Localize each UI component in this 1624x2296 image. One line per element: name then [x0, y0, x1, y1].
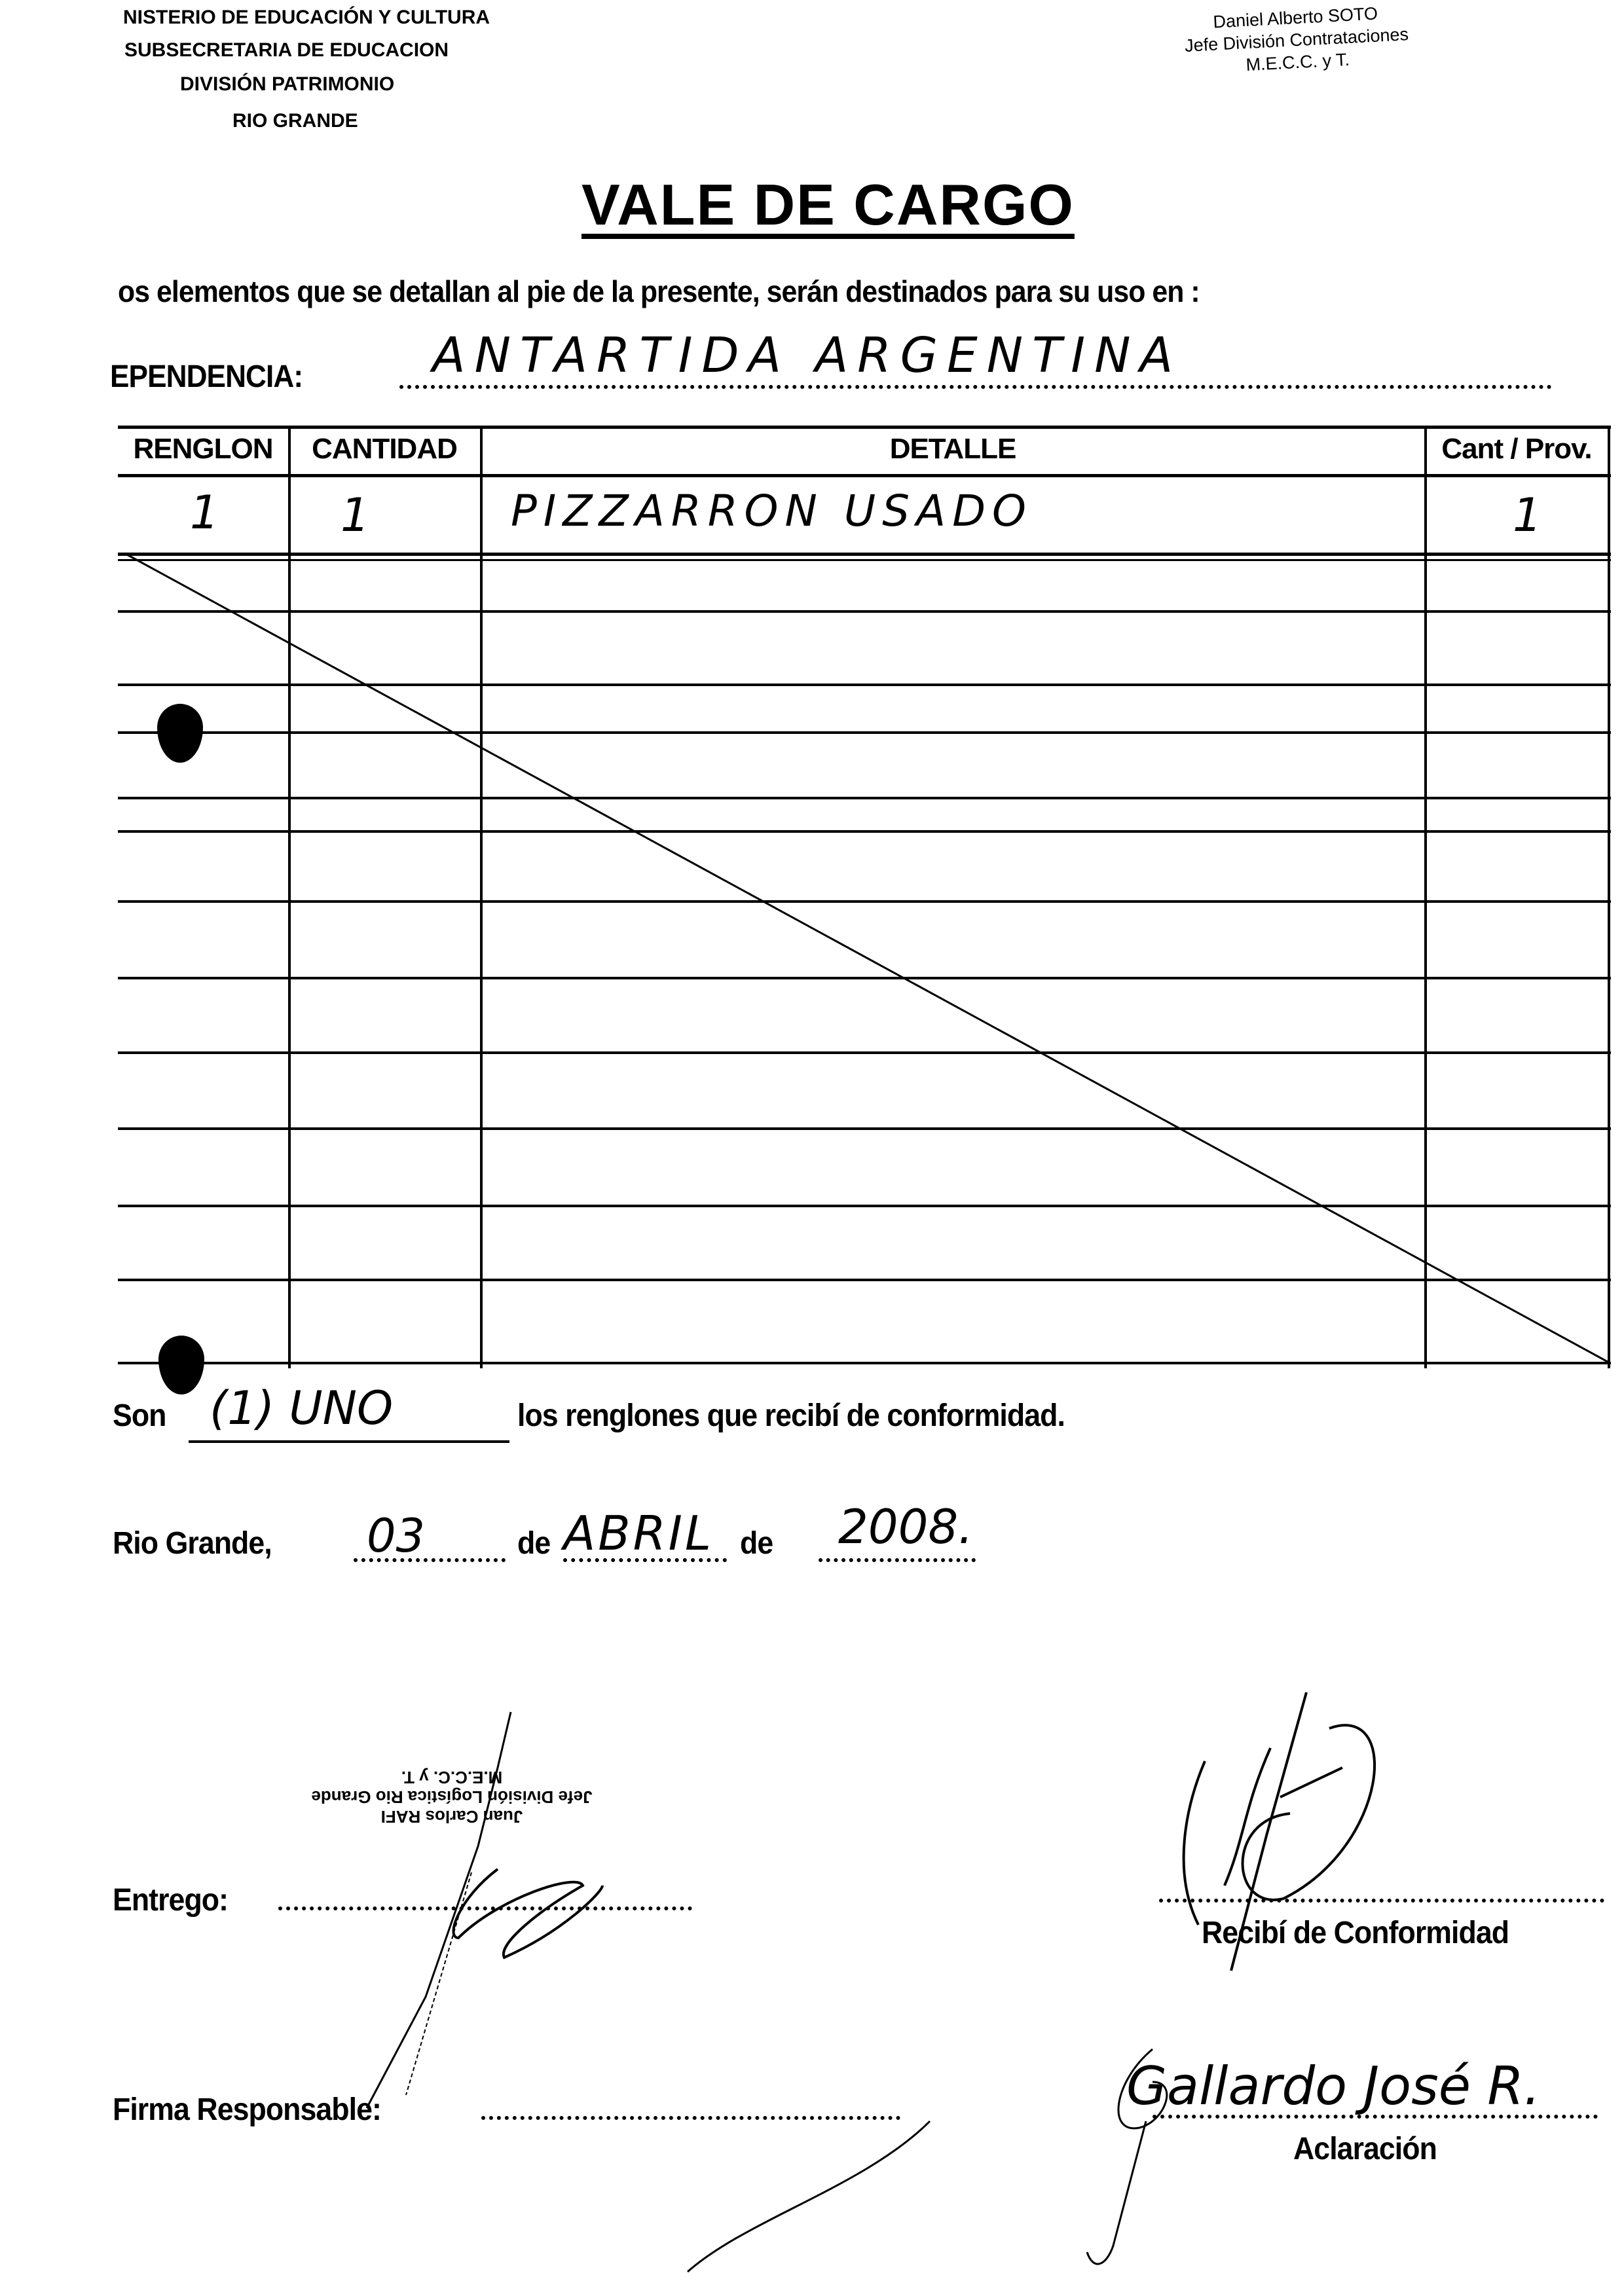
signature-aclaracion: [0, 0, 1624, 2296]
